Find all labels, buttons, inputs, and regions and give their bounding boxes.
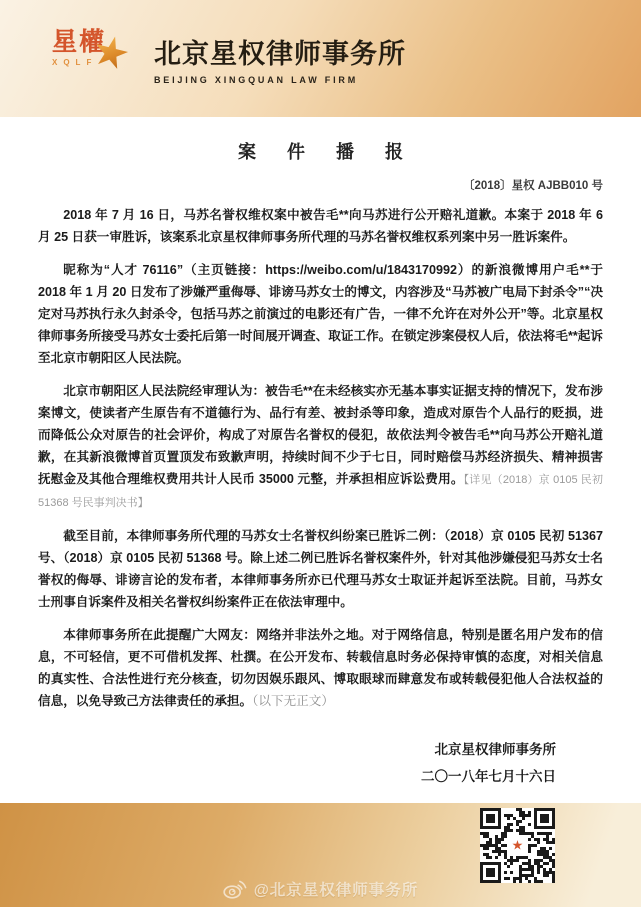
document-body: 案 件 播 报 〔2018〕星权 AJBB010 号 2018 年 7 月 16… [0,117,641,803]
paragraph-5: 本律师事务所在此提醒广大网友：网络并非法外之地。对于网络信息，特别是匿名用户发布… [38,624,603,712]
announcement-page: 星權 XQLF 北京星权律师事务所 BEIJING XINGQUAN LAW F… [0,0,641,907]
weibo-icon [223,879,247,899]
paragraph-1: 2018 年 7 月 16 日，马苏名誉权维权案中被告毛**向马苏进行公开赔礼道… [38,204,603,248]
paragraph-3: 北京市朝阳区人民法院经审理认为：被告毛**在未经核实亦无基本事实证据支持的情况下… [38,380,603,514]
page-title: 案 件 播 报 [38,138,603,164]
firm-name-block: 北京星权律师事务所 BEIJING XINGQUAN LAW FIRM [154,30,406,85]
firm-name-cn: 北京星权律师事务所 [154,32,406,71]
footer-band: ★ @北京星权律师事务所 [0,803,641,907]
paragraph-2-text: 昵称为“人才 76116”（主页链接：https://weibo.com/u/1… [38,263,603,365]
no-more-text-note: （以下无正文） [252,694,334,708]
weibo-watermark: @北京星权律师事务所 [0,878,641,900]
signature-firm: 北京星权律师事务所 [38,736,556,763]
paragraph-3-text: 北京市朝阳区人民法院经审理认为：被告毛**在未经核实亦无基本事实证据支持的情况下… [38,384,603,486]
logo-seal: 星權 XQLF [52,30,138,76]
paragraph-4: 截至目前，本律师事务所代理的马苏女士名誉权纠纷案已胜诉二例：（2018）京 01… [38,525,603,613]
document-number: 〔2018〕星权 AJBB010 号 [38,177,603,193]
signature-block: 北京星权律师事务所 二〇一八年七月十六日 [38,736,603,790]
qr-code: ★ [480,808,555,883]
svg-text:★: ★ [512,837,524,852]
paragraph-1-text: 2018 年 7 月 16 日，马苏名誉权维权案中被告毛**向马苏进行公开赔礼道… [38,208,603,244]
firm-logo: 星權 XQLF 北京星权律师事务所 BEIJING XINGQUAN LAW F… [52,30,406,85]
watermark-text: @北京星权律师事务所 [254,878,419,900]
signature-date: 二〇一八年七月十六日 [38,763,556,790]
firm-name-en: BEIJING XINGQUAN LAW FIRM [154,75,406,85]
logo-seal-sub: XQLF [52,58,138,67]
paragraph-2: 昵称为“人才 76116”（主页链接：https://weibo.com/u/1… [38,259,603,369]
paragraph-4-text: 截至目前，本律师事务所代理的马苏女士名誉权纠纷案已胜诉二例：（2018）京 01… [38,529,603,609]
header-band: 星權 XQLF 北京星权律师事务所 BEIJING XINGQUAN LAW F… [0,0,641,117]
